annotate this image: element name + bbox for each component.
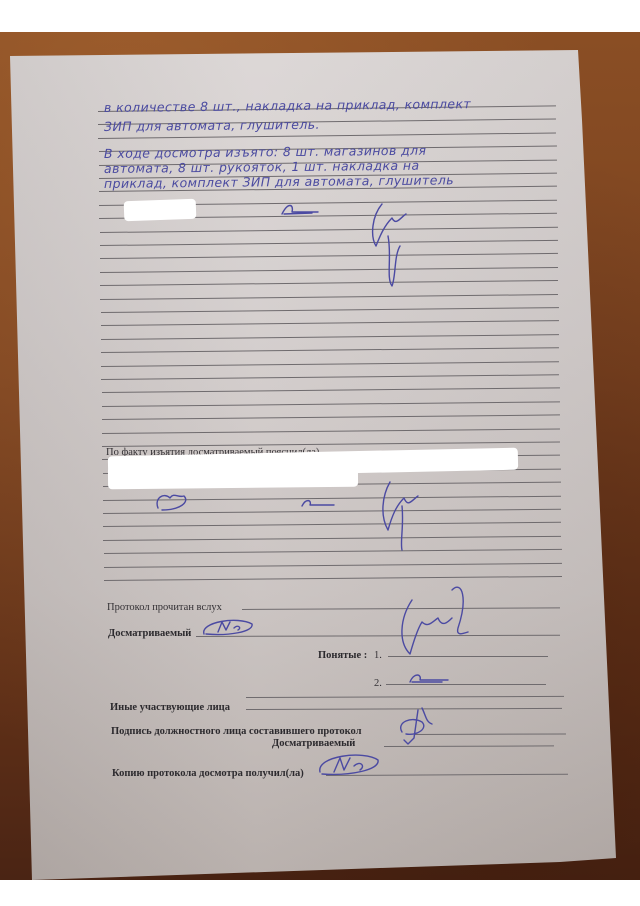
signature-witness-2 xyxy=(406,670,452,686)
witness-1-number: 1. xyxy=(374,650,382,661)
inspected-label: Досматриваемый xyxy=(108,628,191,639)
witnesses-label: Понятые : xyxy=(318,650,367,661)
explanation-redaction-lower xyxy=(108,465,358,490)
signature-officer xyxy=(392,702,442,748)
copy-received-label: Копию протокола досмотра получил(ла) xyxy=(112,768,304,779)
signature-witness-1 xyxy=(392,578,472,668)
signature-copy-received xyxy=(314,748,384,780)
signature-witness-2-upper xyxy=(278,200,338,220)
signature-inspected-middle xyxy=(150,488,200,514)
officer-signature-label: Подпись должностного лица составившего п… xyxy=(111,726,362,737)
handwritten-line: ЗИП для автомата, глушитель. xyxy=(104,117,320,134)
signature-inspected xyxy=(198,614,258,640)
signature-witness-1-upper xyxy=(362,196,422,296)
read-aloud-label: Протокол прочитан вслух xyxy=(107,602,222,613)
other-persons-label: Иные участвующие лица xyxy=(110,702,230,713)
signature-witness-1-middle xyxy=(372,476,432,556)
witness-2-number: 2. xyxy=(374,678,382,689)
signature-witness-2-middle xyxy=(298,496,338,510)
name-redaction-1 xyxy=(124,199,197,222)
